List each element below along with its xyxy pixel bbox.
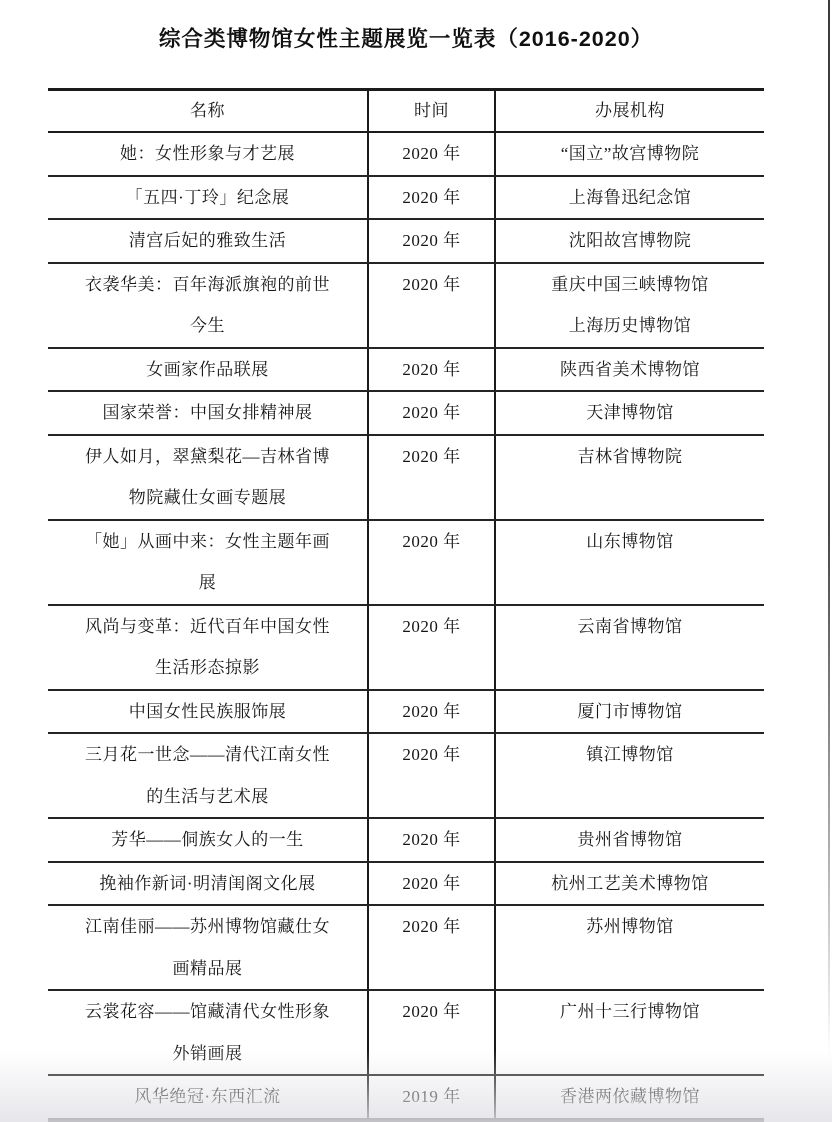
exhibition-time-cell: 2020 年 — [368, 391, 495, 435]
exhibition-name-cell: 中国女性民族服饰展 — [48, 690, 368, 734]
table-row: 风尚与变革：近代百年中国女性 生活形态掠影 2020 年 云南省博物馆 — [48, 605, 764, 690]
exhibition-name-cell: 芳华——侗族女人的一生 — [48, 818, 368, 862]
exhibition-time-cell: 2020 年 — [368, 219, 495, 263]
header-org: 办展机构 — [495, 90, 764, 133]
exhibition-name-cell: 云裳花容——馆藏清代女性形象 外销画展 — [48, 990, 368, 1075]
exhibition-org-cell: 沈阳故宫博物院 — [495, 219, 764, 263]
exhibition-org-cell: 天津博物馆 — [495, 391, 764, 435]
exhibition-name-cell: 挽袖作新词·明清闺阁文化展 — [48, 862, 368, 906]
exhibition-time-cell: 2020 年 — [368, 818, 495, 862]
exhibition-name-cell: 「她」从画中来：女性主题年画 展 — [48, 520, 368, 605]
exhibition-org-cell: 杭州工艺美术博物馆 — [495, 862, 764, 906]
exhibition-time-cell: 2020 年 — [368, 905, 495, 990]
exhibition-org-cell: 广州十三行博物馆 — [495, 990, 764, 1075]
exhibition-org-cell: 上海鲁迅纪念馆 — [495, 176, 764, 220]
page-edge-line — [828, 0, 830, 1058]
exhibition-time-cell: 2020 年 — [368, 520, 495, 605]
exhibition-org-cell: 香港两依藏博物馆 — [495, 1075, 764, 1120]
exhibition-name-cell: 伊人如月，翠黛梨花—吉林省博 物院藏仕女画专题展 — [48, 435, 368, 520]
header-name: 名称 — [48, 90, 368, 133]
exhibition-time-cell: 2020 年 — [368, 733, 495, 818]
exhibition-name-cell: 风尚与变革：近代百年中国女性 生活形态掠影 — [48, 605, 368, 690]
exhibition-time-cell: 2020 年 — [368, 990, 495, 1075]
exhibition-org-cell: 云南省博物馆 — [495, 605, 764, 690]
table-row: 衣袭华美：百年海派旗袍的前世 今生 2020 年 重庆中国三峡博物馆 上海历史博… — [48, 263, 764, 348]
table-body: 她：女性形象与才艺展 2020 年 “国立”故宫博物院 「五四·丁玲」纪念展 2… — [48, 132, 764, 1120]
table-row: 中国女性民族服饰展 2020 年 厦门市博物馆 — [48, 690, 764, 734]
table-row: 风华绝冠·东西汇流 2019 年 香港两依藏博物馆 — [48, 1075, 764, 1120]
exhibition-time-cell: 2020 年 — [368, 605, 495, 690]
exhibition-name-cell: 国家荣誉：中国女排精神展 — [48, 391, 368, 435]
table-row: 云裳花容——馆藏清代女性形象 外销画展 2020 年 广州十三行博物馆 — [48, 990, 764, 1075]
exhibition-org-cell: “国立”故宫博物院 — [495, 132, 764, 176]
table-row: 国家荣誉：中国女排精神展 2020 年 天津博物馆 — [48, 391, 764, 435]
exhibition-org-cell: 镇江博物馆 — [495, 733, 764, 818]
table-row: 挽袖作新词·明清闺阁文化展 2020 年 杭州工艺美术博物馆 — [48, 862, 764, 906]
exhibition-org-cell: 贵州省博物馆 — [495, 818, 764, 862]
document-page: 综合类博物馆女性主题展览一览表（2016-2020） 名称 时间 办展机构 她：… — [0, 0, 832, 53]
exhibition-time-cell: 2020 年 — [368, 176, 495, 220]
table-row: 芳华——侗族女人的一生 2020 年 贵州省博物馆 — [48, 818, 764, 862]
exhibition-org-cell: 重庆中国三峡博物馆 上海历史博物馆 — [495, 263, 764, 348]
exhibition-time-cell: 2020 年 — [368, 263, 495, 348]
exhibition-name-cell: 女画家作品联展 — [48, 348, 368, 392]
table-row: 江南佳丽——苏州博物馆藏仕女 画精品展 2020 年 苏州博物馆 — [48, 905, 764, 990]
exhibition-org-cell: 山东博物馆 — [495, 520, 764, 605]
table-row: 伊人如月，翠黛梨花—吉林省博 物院藏仕女画专题展 2020 年 吉林省博物院 — [48, 435, 764, 520]
exhibition-org-cell: 苏州博物馆 — [495, 905, 764, 990]
table-row: 三月花一世念——清代江南女性 的生活与艺术展 2020 年 镇江博物馆 — [48, 733, 764, 818]
exhibition-time-cell: 2020 年 — [368, 348, 495, 392]
exhibition-name-cell: 衣袭华美：百年海派旗袍的前世 今生 — [48, 263, 368, 348]
page-title: 综合类博物馆女性主题展览一览表（2016-2020） — [0, 0, 812, 53]
exhibition-time-cell: 2020 年 — [368, 132, 495, 176]
exhibition-table: 名称 时间 办展机构 她：女性形象与才艺展 2020 年 “国立”故宫博物院 「… — [48, 88, 764, 1122]
exhibition-name-cell: 江南佳丽——苏州博物馆藏仕女 画精品展 — [48, 905, 368, 990]
table-row: 清宫后妃的雅致生活 2020 年 沈阳故宫博物院 — [48, 219, 764, 263]
exhibition-time-cell: 2020 年 — [368, 690, 495, 734]
header-time: 时间 — [368, 90, 495, 133]
table-row: 「五四·丁玲」纪念展 2020 年 上海鲁迅纪念馆 — [48, 176, 764, 220]
exhibition-name-cell: 风华绝冠·东西汇流 — [48, 1075, 368, 1120]
exhibition-time-cell: 2020 年 — [368, 435, 495, 520]
exhibition-name-cell: 她：女性形象与才艺展 — [48, 132, 368, 176]
exhibition-org-cell: 厦门市博物馆 — [495, 690, 764, 734]
table-row: 「她」从画中来：女性主题年画 展 2020 年 山东博物馆 — [48, 520, 764, 605]
exhibition-name-cell: 「五四·丁玲」纪念展 — [48, 176, 368, 220]
table-row: 女画家作品联展 2020 年 陕西省美术博物馆 — [48, 348, 764, 392]
header-row: 名称 时间 办展机构 — [48, 90, 764, 133]
exhibition-name-cell: 三月花一世念——清代江南女性 的生活与艺术展 — [48, 733, 368, 818]
exhibition-name-cell: 清宫后妃的雅致生活 — [48, 219, 368, 263]
exhibition-time-cell: 2019 年 — [368, 1075, 495, 1120]
exhibition-org-cell: 吉林省博物院 — [495, 435, 764, 520]
exhibition-org-cell: 陕西省美术博物馆 — [495, 348, 764, 392]
exhibition-time-cell: 2020 年 — [368, 862, 495, 906]
table-row: 她：女性形象与才艺展 2020 年 “国立”故宫博物院 — [48, 132, 764, 176]
